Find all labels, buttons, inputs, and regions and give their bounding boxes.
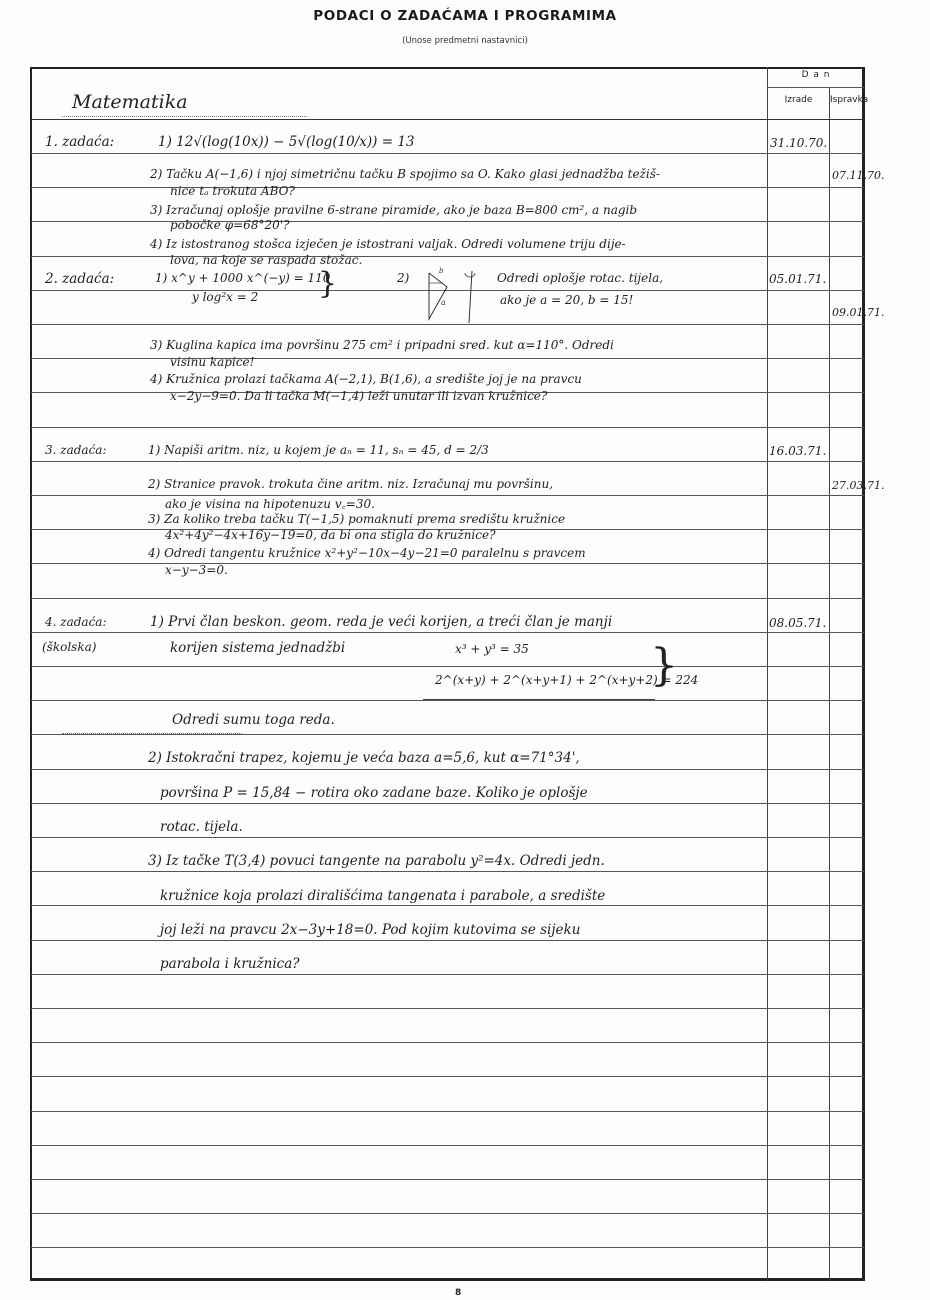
subject-dotted-line: [62, 116, 307, 117]
ruled-line: [31, 940, 864, 941]
ruled-line: [31, 1111, 864, 1112]
date-ispravka: 09.01.71.: [832, 306, 884, 319]
assignment-sublabel: (školska): [42, 640, 96, 654]
task-line: rotac. tijela.: [160, 819, 243, 835]
task-line: nice tₐ trokuta ABO?: [170, 184, 295, 198]
date-ispravka: 07.11.70.: [832, 169, 884, 182]
ruled-line: [31, 1145, 864, 1146]
ruled-line: [31, 1042, 864, 1043]
ruled-line: [31, 1076, 864, 1077]
task-line: Odredi oplošje rotac. tijela,: [497, 271, 663, 285]
ruled-line: [31, 495, 864, 496]
ruled-line: [31, 1179, 864, 1180]
ruled-line: [31, 666, 864, 667]
ruled-line: [31, 769, 864, 770]
task-line: 1) x^y + 1000 x^(−y) = 110: [155, 271, 330, 285]
task-line: 2) Tačku A(−1,6) i njoj simetričnu tačku…: [150, 167, 660, 181]
ruled-line: [31, 427, 864, 428]
ruled-line: [31, 187, 864, 188]
dotted-line: [62, 733, 242, 734]
task-line: 4) Odredi tangentu kružnice x²+y²−10x−4y…: [148, 546, 586, 560]
subject-name: Matematika: [72, 91, 188, 113]
task-line: x−2y−9=0. Da li tačka M(−1,4) leži unuta…: [170, 389, 547, 403]
task-line: 1) Prvi član beskon. geom. reda je veći …: [150, 614, 612, 630]
assignment-label: 4. zadaća:: [45, 615, 107, 629]
ruled-line: [31, 358, 864, 359]
task-line: lova, na koje se raspada stožac.: [170, 253, 362, 267]
page-number: 8: [455, 1288, 461, 1298]
task-line: 1) Napiši aritm. niz, u kojem je aₙ = 11…: [148, 443, 489, 457]
ruled-line: [31, 1213, 864, 1214]
column-header-dan: D a n: [768, 70, 864, 80]
date-izrade: 05.01.71.: [769, 272, 826, 286]
system-brace: }: [318, 266, 337, 301]
ruled-line: [31, 734, 864, 735]
task-line: 3) Iz tačke T(3,4) povuci tangente na pa…: [148, 853, 605, 869]
task-line: y log²x = 2: [192, 290, 258, 304]
ruled-line: [31, 871, 864, 872]
ruled-line: [31, 632, 864, 633]
date-izrade: 31.10.70.: [770, 136, 827, 150]
task-line: parabola i kružnica?: [160, 956, 300, 972]
task-line: 2) Stranice pravok. trokuta čine aritm. …: [148, 477, 553, 491]
date-izrade: 08.05.71.: [769, 616, 826, 630]
column-header-ispravka: Ispravka: [830, 95, 864, 105]
ruled-line: [31, 1008, 864, 1009]
ruled-line: [31, 153, 864, 154]
task-line: 4x²+4y²−4x+16y−19=0, da bi ona stigla do…: [165, 528, 496, 542]
svg-text:a: a: [441, 298, 446, 307]
ruled-line: [31, 974, 864, 975]
assignment-label: 1. zadaća:: [45, 134, 114, 150]
ruled-line: [31, 803, 864, 804]
task-line: 4) Kružnica prolazi tačkama A(−2,1), B(1…: [150, 372, 582, 386]
task-line: Odredi sumu toga reda.: [172, 712, 335, 728]
header-divider: [767, 87, 864, 88]
task-line: 2): [397, 271, 409, 285]
task-line: x−y−3=0.: [165, 563, 228, 577]
page-title: PODACI O ZADAĆAMA I PROGRAMIMA: [0, 8, 930, 24]
header-bottom-rule: [31, 119, 864, 120]
task-line: 2) Istokračni trapez, kojemu je veća baz…: [148, 750, 580, 766]
equation-underline: [423, 699, 655, 700]
svg-text:b: b: [439, 267, 444, 275]
task-line: 3) Izračunaj oplošje pravilne 6-strane p…: [150, 203, 637, 217]
task-line: 3) Kuglina kapica ima površinu 275 cm² i…: [150, 338, 614, 352]
task-line: ako je visina na hipotenuzu v꜀=30.: [165, 495, 375, 512]
task-line: kružnice koja prolazi dirališćima tangen…: [160, 888, 605, 904]
ruled-line: [31, 598, 864, 599]
task-line: visinu kapice!: [170, 355, 254, 369]
equation-line: x³ + y³ = 35: [455, 642, 529, 656]
ruled-line: [31, 837, 864, 838]
task-line: 4) Iz istostranog stošca izječen je isto…: [150, 237, 626, 251]
ruled-line: [31, 905, 864, 906]
task-line: 3) Za koliko treba tačku T(−1,5) pomaknu…: [148, 512, 565, 526]
ruled-line: [31, 1247, 864, 1248]
system-brace: }: [650, 640, 678, 691]
ruled-line: [31, 256, 864, 257]
ruled-line: [31, 221, 864, 222]
date-izrade: 16.03.71.: [769, 444, 826, 458]
column-header-izrade: Izrade: [768, 95, 829, 105]
date-ispravka: 27.03.71.: [832, 479, 884, 492]
task-line: 1) 12√(log(10x)) − 5√(log(10/x)) = 13: [158, 134, 415, 150]
assignment-label: 2. zadaća:: [45, 271, 114, 287]
column-divider: [767, 67, 768, 1281]
column-divider: [829, 87, 830, 1281]
task-line: ako je a = 20, b = 15!: [500, 293, 633, 307]
ruled-line: [31, 563, 864, 564]
task-line: pobočke φ=68°20'?: [170, 218, 289, 232]
task-line: korijen sistema jednadžbi: [170, 640, 345, 656]
task-line: joj leži na pravcu 2x−3y+18=0. Pod kojim…: [160, 922, 580, 938]
page-subtitle: (Unose predmetni nastavnici): [0, 36, 930, 46]
assignment-label: 3. zadaća:: [45, 443, 107, 457]
ruled-line: [31, 700, 864, 701]
task-line: površina P = 15,84 − rotira oko zadane b…: [160, 785, 588, 801]
ruled-line: [31, 461, 864, 462]
